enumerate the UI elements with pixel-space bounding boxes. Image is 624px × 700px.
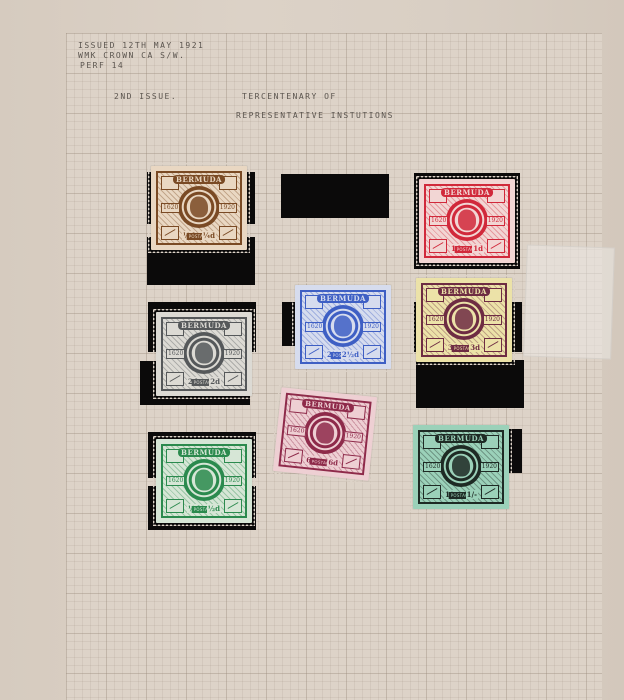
king-portrait-medallion bbox=[322, 305, 364, 347]
map-icon bbox=[342, 454, 361, 470]
stamp-two-penny: BERMUDA 1620 1920 2d POSTAGE 2d bbox=[156, 312, 252, 396]
year-left: 1620 bbox=[426, 315, 445, 325]
value-right: 2½d bbox=[341, 350, 360, 359]
sword-icon bbox=[429, 239, 447, 253]
year-left: 1620 bbox=[166, 476, 185, 486]
album-page: Issued 12th May 1921 Wmk Crown CA S/W. P… bbox=[0, 0, 624, 700]
country-name: BERMUDA bbox=[438, 287, 490, 296]
note-perforation: Perf 14 bbox=[80, 61, 124, 71]
map-icon bbox=[487, 239, 505, 253]
year-right: 1920 bbox=[218, 203, 237, 213]
empty-stamp-mount bbox=[281, 174, 389, 218]
country-name: BERMUDA bbox=[441, 188, 493, 197]
king-head-icon bbox=[190, 197, 208, 218]
map-icon bbox=[224, 372, 242, 386]
value-right: ½d bbox=[207, 504, 221, 513]
country-name: BERMUDA bbox=[435, 434, 487, 443]
king-portrait-medallion bbox=[440, 445, 482, 487]
king-portrait-medallion bbox=[183, 332, 225, 374]
king-head-icon bbox=[195, 343, 213, 364]
map-icon bbox=[484, 338, 502, 352]
stamp-design: BERMUDA 1620 1920 ¼d POSTAGE ¼d bbox=[156, 171, 242, 245]
sword-icon bbox=[161, 226, 179, 240]
map-icon bbox=[219, 226, 237, 240]
stamp-two-half-penny: BERMUDA 1620 1920 2½d POSTAGE 2½d bbox=[295, 285, 391, 369]
king-portrait-medallion bbox=[446, 199, 488, 241]
year-right: 1920 bbox=[362, 322, 381, 332]
value-right: ¼d bbox=[202, 231, 216, 240]
king-head-icon bbox=[334, 316, 352, 337]
map-icon bbox=[224, 499, 242, 513]
sword-icon bbox=[284, 448, 303, 464]
stamp-one-shilling: BERMUDA 1620 1920 1/- POSTAGE 1/- bbox=[413, 425, 509, 509]
country-name: BERMUDA bbox=[317, 294, 369, 303]
stamp-one-penny: BERMUDA 1620 1920 1d POSTAGE 1d bbox=[419, 179, 515, 263]
king-head-icon bbox=[458, 210, 476, 231]
year-right: 1920 bbox=[343, 431, 363, 443]
stamp-design: BERMUDA 1620 1920 1/- POSTAGE 1/- bbox=[418, 430, 504, 504]
clear-mount-pocket bbox=[523, 244, 615, 359]
country-name: BERMUDA bbox=[178, 448, 230, 457]
year-right: 1920 bbox=[480, 462, 499, 472]
sword-icon bbox=[166, 499, 184, 513]
note-title-line1: Tercentenary of bbox=[242, 92, 337, 102]
year-left: 1620 bbox=[166, 349, 185, 359]
king-head-icon bbox=[195, 470, 213, 491]
king-portrait-medallion bbox=[443, 298, 485, 340]
country-name: BERMUDA bbox=[178, 321, 230, 330]
value-right: 2d bbox=[209, 377, 221, 386]
king-portrait-medallion bbox=[178, 186, 220, 228]
sword-icon bbox=[426, 338, 444, 352]
stamp-quarter-penny: BERMUDA 1620 1920 ¼d POSTAGE ¼d bbox=[151, 166, 247, 250]
stamp-design: BERMUDA 1620 1920 1d POSTAGE 1d bbox=[424, 184, 510, 258]
sword-icon bbox=[166, 372, 184, 386]
year-right: 1920 bbox=[223, 349, 242, 359]
year-left: 1620 bbox=[287, 425, 307, 437]
country-name: BERMUDA bbox=[173, 175, 225, 184]
king-head-icon bbox=[455, 309, 473, 330]
king-portrait-medallion bbox=[302, 410, 348, 456]
note-issued-date: Issued 12th May 1921 bbox=[78, 41, 204, 51]
stamp-mount bbox=[416, 360, 524, 408]
stamp-design: BERMUDA 1620 1920 3d POSTAGE 3d bbox=[421, 283, 507, 357]
stamp-design: BERMUDA 1620 1920 2d POSTAGE 2d bbox=[161, 317, 247, 391]
map-icon bbox=[363, 345, 381, 359]
stamp-design: BERMUDA 1620 1920 6d POSTAGE 6d bbox=[278, 393, 371, 476]
value-right: 1/- bbox=[466, 490, 478, 499]
year-right: 1920 bbox=[486, 216, 505, 226]
sword-icon bbox=[305, 345, 323, 359]
year-left: 1620 bbox=[423, 462, 442, 472]
map-icon bbox=[481, 485, 499, 499]
sword-icon bbox=[423, 485, 441, 499]
stamp-half-penny: BERMUDA 1620 1920 ½d POSTAGE ½d bbox=[156, 439, 252, 523]
stamp-design: BERMUDA 1620 1920 2½d POSTAGE 2½d bbox=[300, 290, 386, 364]
year-left: 1620 bbox=[305, 322, 324, 332]
stamp-three-penny: BERMUDA 1620 1920 3d POSTAGE 3d bbox=[416, 278, 512, 362]
country-name: BERMUDA bbox=[302, 398, 355, 412]
value-right: 3d bbox=[469, 343, 481, 352]
value-right: 6d bbox=[327, 457, 340, 467]
stamp-design: BERMUDA 1620 1920 ½d POSTAGE ½d bbox=[161, 444, 247, 518]
year-right: 1920 bbox=[223, 476, 242, 486]
year-left: 1620 bbox=[161, 203, 180, 213]
king-head-icon bbox=[452, 456, 470, 477]
note-watermark: Wmk Crown CA S/W. bbox=[78, 51, 185, 61]
king-portrait-medallion bbox=[183, 459, 225, 501]
value-right: 1d bbox=[472, 244, 484, 253]
king-head-icon bbox=[315, 422, 335, 445]
note-title-line2: Representative Instutions bbox=[236, 111, 394, 121]
note-issue-number: 2nd Issue. bbox=[114, 92, 177, 102]
year-right: 1920 bbox=[483, 315, 502, 325]
stamp-six-penny: BERMUDA 1620 1920 6d POSTAGE 6d bbox=[273, 387, 377, 481]
year-left: 1620 bbox=[429, 216, 448, 226]
